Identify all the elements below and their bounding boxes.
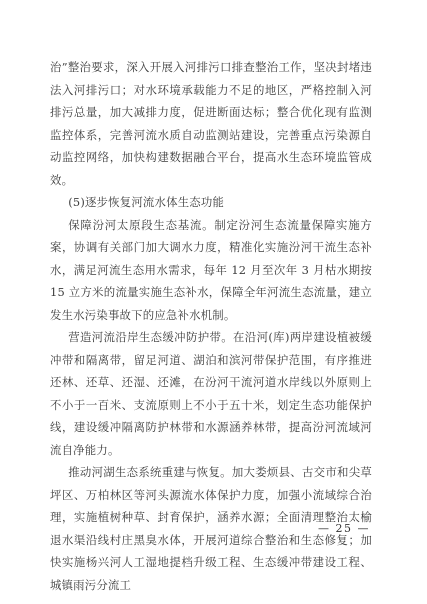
paragraph-ecological-baseflow: 保障汾河太原段生态基流。制定汾河生态流量保障实施方案，协调有关部门加大调水力度，… xyxy=(50,214,372,327)
document-page: 治”整治要求，深入开展入河排污口排查整治工作，坚决封堵违法入河排污口；对水环境承… xyxy=(0,0,427,604)
text-block: 治”整治要求，深入开展入河排污口排查整治工作，坚决封堵违法入河排污口；对水环境承… xyxy=(50,56,372,596)
section-heading: (5)逐步恢复河流水体生态功能 xyxy=(50,191,372,214)
paragraph-continuation: 治”整治要求，深入开展入河排污口排查整治工作，坚决封堵违法入河排污口；对水环境承… xyxy=(50,56,372,191)
paragraph-riparian-buffer: 营造河流沿岸生态缓冲防护带。在沿河(库)两岸建设植被缓冲带和隔离带，留足河道、湖… xyxy=(50,326,372,461)
page-number: — 25 — xyxy=(318,522,370,536)
